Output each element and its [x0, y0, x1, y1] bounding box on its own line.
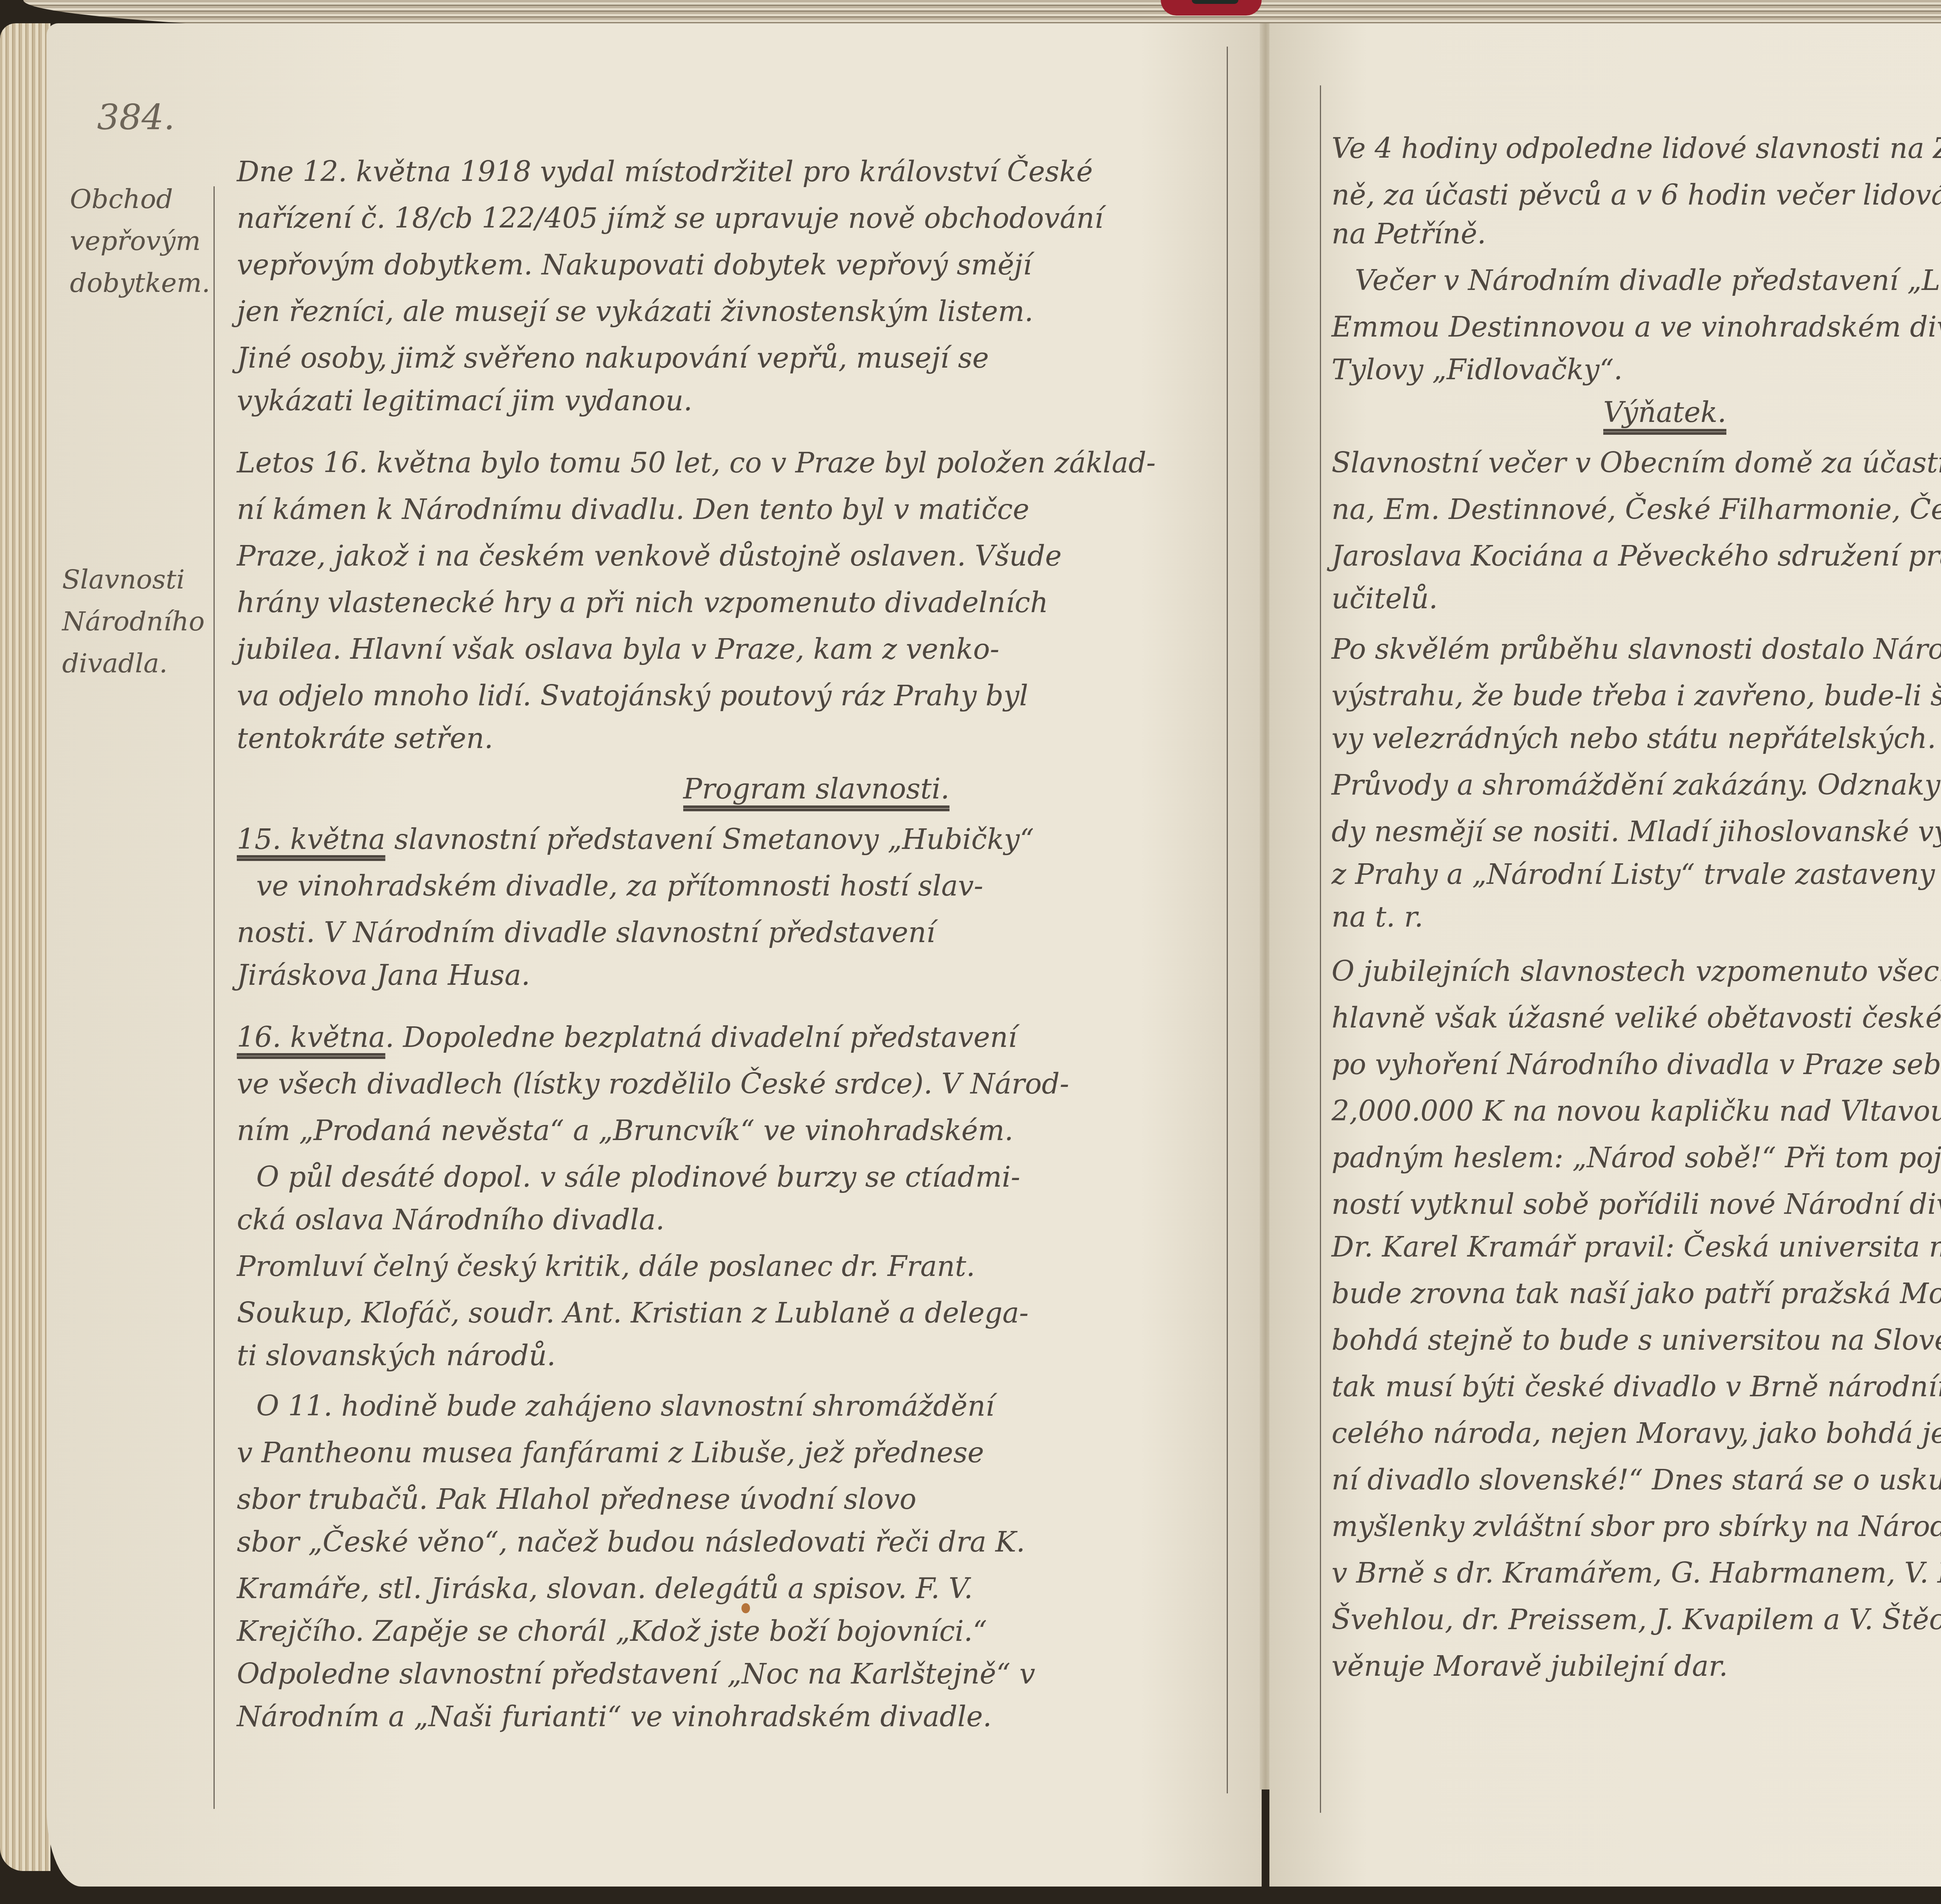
text-line: tentokráte setřen. [237, 722, 493, 755]
text-line: Soukup, Klofáč, soudr. Ant. Kristian z L… [237, 1297, 1029, 1329]
text-line: ností vytknul sobě pořídili nové Národní… [1332, 1188, 1941, 1220]
text-line: 2,000.000 K na novou kapličku nad Vltavo… [1332, 1095, 1941, 1127]
text-line: z Prahy a „Národní Listy“ trvale zastave… [1332, 858, 1941, 890]
margin-rule-inner [1227, 47, 1228, 1793]
text-line: ve vinohradském divadle, za přítomnosti … [256, 870, 983, 902]
program-text: . Dopoledne bezplatná divadelní představ… [385, 1021, 1017, 1054]
margin-note-theatre-celebration: Slavnosti Národního divadla. [62, 559, 205, 685]
text-line: vykázati legitimací jim vydanou. [237, 384, 693, 417]
text-line: Národním a „Naši furianti“ ve vinohradsk… [237, 1700, 992, 1733]
text-line: Večer v Národním divadle představení „Li… [1355, 264, 1941, 297]
text-line: Kramáře, stl. Jiráska, slovan. delegátů … [237, 1572, 973, 1605]
text-line: bude zrovna tak naší jako patří pražská … [1332, 1277, 1941, 1310]
text-line: Emmou Destinnovou a ve vinohradském diva… [1332, 311, 1941, 343]
margin-note-line: divadla. [62, 643, 205, 685]
text-line: Jiráskova Jana Husa. [237, 959, 530, 991]
margin-note-line: dobytkem. [70, 262, 210, 304]
margin-note-line: vepřovým [70, 220, 210, 262]
text-line: po vyhoření Národního divadla v Praze se… [1332, 1048, 1941, 1081]
text-line: jubilea. Hlavní však oslava byla v Praze… [237, 633, 999, 665]
text-line: bohdá stejně to bude s universitou na Sl… [1332, 1324, 1941, 1356]
text-line: Krejčího. Zapěje se chorál „Kdož jste bo… [237, 1615, 987, 1647]
text-line: Dr. Karel Kramář pravil: Česká universit… [1332, 1231, 1941, 1263]
text-line: sbor trubačů. Pak Hlahol přednese úvodní… [237, 1483, 917, 1515]
program-date: 16. května [237, 1021, 385, 1054]
text-line: ně, za účasti pěvců a v 6 hodin večer li… [1332, 179, 1941, 211]
text-line: Dne 12. května 1918 vydal místodržitel p… [237, 155, 1093, 188]
program-line-may-16: 16. května. Dopoledne bezplatná divadeln… [237, 1021, 1017, 1054]
text-line: Odpoledne slavnostní představení „Noc na… [237, 1658, 1035, 1690]
text-line: na t. r. [1332, 901, 1423, 933]
margin-rule-inner [1320, 85, 1321, 1813]
text-line: na, Em. Destinnové, České Filharmonie, Č… [1332, 493, 1941, 526]
left-page: 384. Obchod vepřovým dobytkem. Slavnosti… [47, 23, 1262, 1887]
program-text: slavnostní představení Smetanovy „Hubičk… [385, 823, 1034, 856]
text-line: cká oslava Národního divadla. [237, 1203, 665, 1236]
text-line: Ve 4 hodiny odpoledne lidové slavnosti n… [1332, 132, 1941, 165]
text-line: na Petříně. [1332, 217, 1486, 250]
text-line: ve všech divadlech (lístky rozdělilo Čes… [237, 1067, 1069, 1100]
text-line: věnuje Moravě jubilejní dar. [1332, 1650, 1728, 1682]
program-line-may-15: 15. května slavnostní představení Smetan… [237, 823, 1034, 856]
text-line: va odjelo mnoho lidí. Svatojánský poutov… [237, 679, 1028, 712]
text-line: padným heslem: „Národ sobě!“ Při tom poj… [1332, 1141, 1941, 1174]
section-heading: Výňatek. [1603, 396, 1726, 429]
bookmark-ribbon-dark [1192, 0, 1238, 4]
margin-rule [214, 186, 215, 1809]
text-line: Letos 16. května bylo tomu 50 let, co v … [237, 446, 1156, 479]
text-line: učitelů. [1332, 582, 1438, 615]
text-line: jen řezníci, ale musejí se vykázati živn… [237, 295, 1033, 328]
text-line: vy velezrádných nebo státu nepřátelských… [1332, 722, 1936, 755]
text-line: v Brně s dr. Kramářem, G. Habrmanem, V. … [1332, 1557, 1941, 1589]
text-line: Jiné osoby, jimž svěřeno nakupování vepř… [237, 342, 989, 374]
text-line: Praze, jakož i na českém venkově důstojn… [237, 540, 1062, 572]
page-number-384: 384. [97, 97, 175, 138]
text-line: dy nesmějí se nositi. Mladí jihoslovansk… [1332, 815, 1941, 848]
text-line: myšlenky zvláštní sbor pro sbírky na Nár… [1332, 1510, 1941, 1543]
text-line: ní divadlo slovenské!“ Dnes stará se o u… [1332, 1463, 1941, 1496]
text-line: Průvody a shromáždění zakázány. Odznaky … [1332, 769, 1941, 801]
text-line: Promluví čelný český kritik, dále poslan… [237, 1250, 975, 1283]
text-line: v Pantheonu musea fanfárami z Libuše, je… [237, 1436, 984, 1469]
program-heading: Program slavnosti. [683, 772, 950, 805]
program-date: 15. května [237, 823, 385, 856]
margin-note-line: Národního [62, 601, 205, 643]
text-line: Slavnostní večer v Obecním domě za účast… [1332, 446, 1941, 479]
ink-stain [741, 1603, 750, 1613]
text-line: celého národa, nejen Moravy, jako bohdá … [1332, 1417, 1941, 1449]
text-line: vepřovým dobytkem. Nakupovati dobytek ve… [237, 248, 1032, 281]
right-page: 385. Ve 4 hodiny odpoledne lidové slavno… [1269, 23, 1941, 1887]
text-line: hlavně však úžasné veliké obětavosti čes… [1332, 1001, 1941, 1034]
margin-note-pork-trade: Obchod vepřovým dobytkem. [70, 179, 210, 304]
page-block-left-edge [0, 23, 50, 1871]
text-line: nařízení č. 18/cb 122/405 jímž se upravu… [237, 202, 1103, 234]
text-line: Jaroslava Kociána a Pěveckého sdružení p… [1332, 540, 1941, 572]
text-line: O jubilejních slavnostech vzpomenuto vše… [1332, 955, 1941, 988]
text-line: Švehlou, dr. Preissem, J. Kvapilem a V. … [1332, 1603, 1941, 1636]
margin-note-line: Obchod [70, 179, 210, 220]
text-line: hrány vlastenecké hry a při nich vzpomen… [237, 586, 1048, 619]
margin-note-line: Slavnosti [62, 559, 205, 601]
text-line: Po skvělém průběhu slavnosti dostalo Nár… [1332, 633, 1941, 665]
text-line: O 11. hodině bude zahájeno slavnostní sh… [256, 1390, 995, 1422]
text-line: výstrahu, že bude třeba i zavřeno, bude-… [1332, 679, 1941, 712]
text-line: O půl desáté dopol. v sále plodinové bur… [256, 1161, 1020, 1193]
text-line: nosti. V Národním divadle slavnostní pře… [237, 916, 935, 949]
text-line: ní kámen k Národnímu divadlu. Den tento … [237, 493, 1030, 526]
text-line: ním „Prodaná nevěsta“ a „Bruncvík“ ve vi… [237, 1114, 1013, 1147]
text-line: ti slovanských národů. [237, 1339, 556, 1372]
text-line: tak musí býti české divadlo v Brně národ… [1332, 1370, 1941, 1403]
text-line: sbor „České věno“, načež budou následova… [237, 1526, 1025, 1558]
text-line: Tylovy „Fidlovačky“. [1332, 353, 1623, 386]
